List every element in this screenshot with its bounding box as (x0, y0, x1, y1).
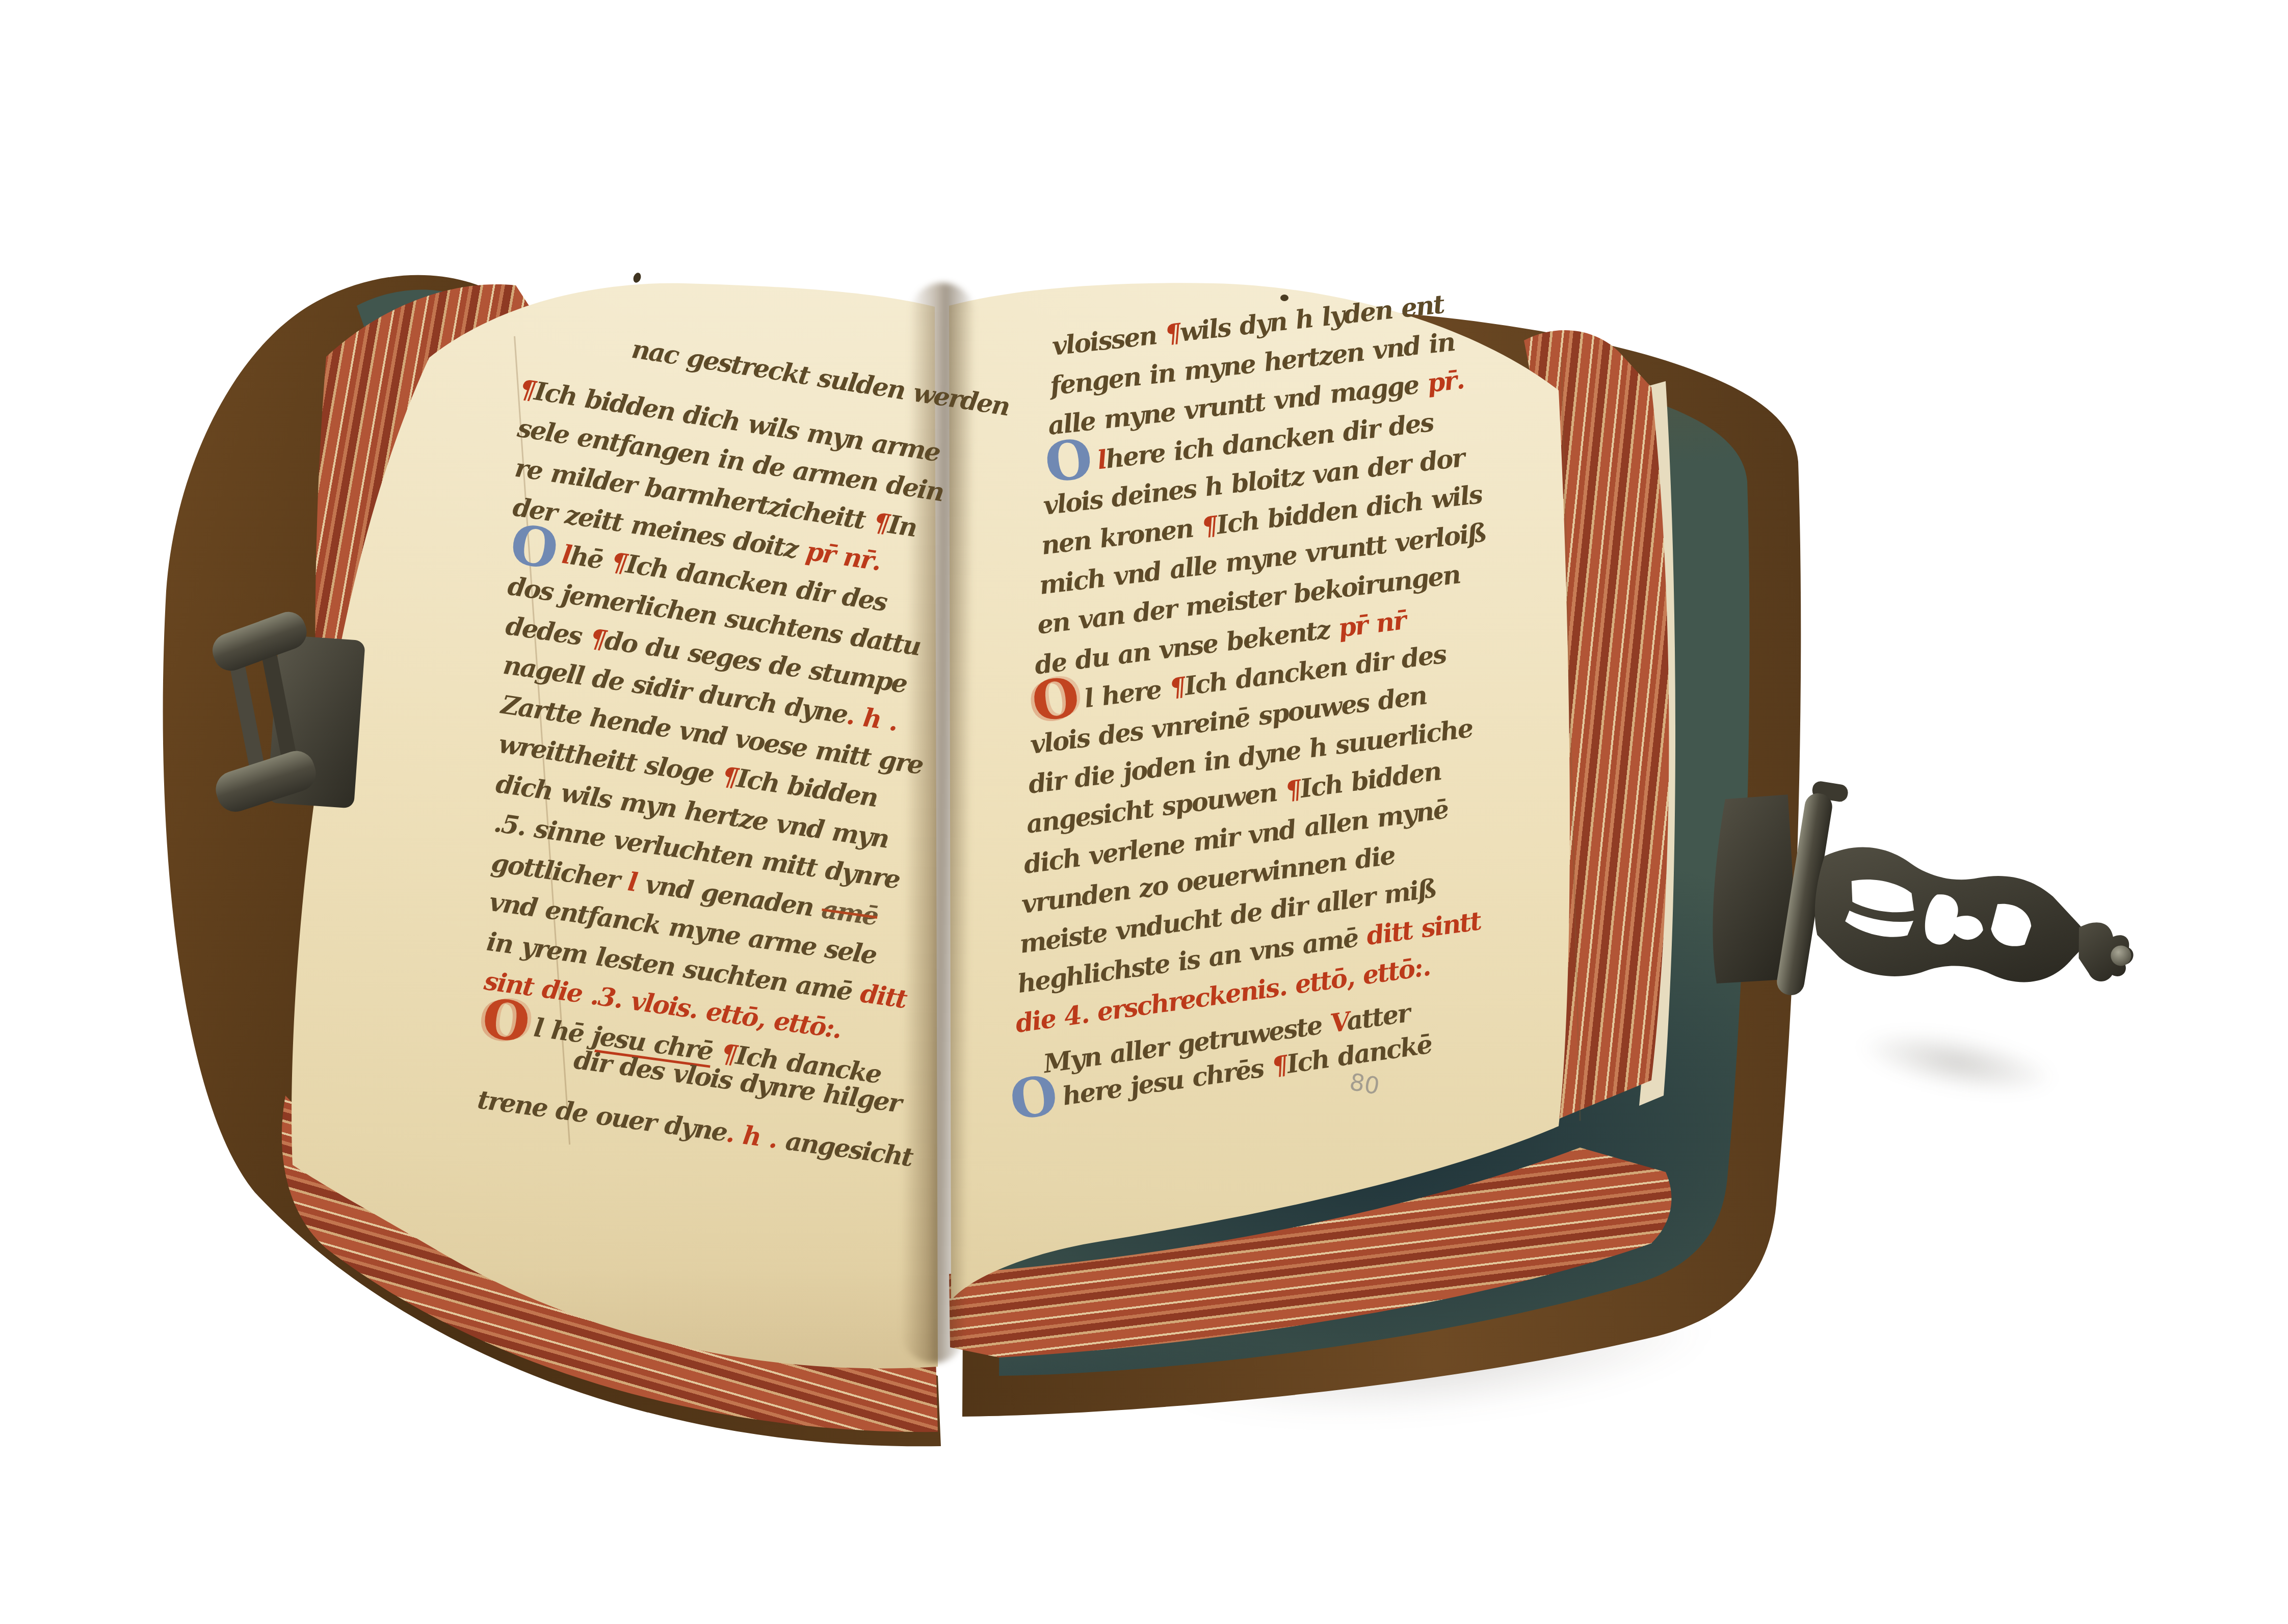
text-run: vloissen (1050, 319, 1167, 361)
text-run: pr̄. (1426, 364, 1465, 398)
text-run: pr̄ nr̄ (1337, 605, 1407, 643)
pencil-inscription: 80 (1348, 1068, 1382, 1100)
text-run: atter (1345, 997, 1411, 1036)
text-run: ditt sintt (1364, 906, 1482, 951)
metal-clasp-catch (188, 585, 388, 852)
text-run: O (1032, 697, 1079, 702)
text-run: l here (1083, 673, 1172, 713)
text-run: O (1045, 458, 1092, 463)
photo-canvas: nac gestreckt sulden werden¶Ich bidden d… (0, 0, 2288, 1624)
text-run: O (1011, 1094, 1057, 1101)
